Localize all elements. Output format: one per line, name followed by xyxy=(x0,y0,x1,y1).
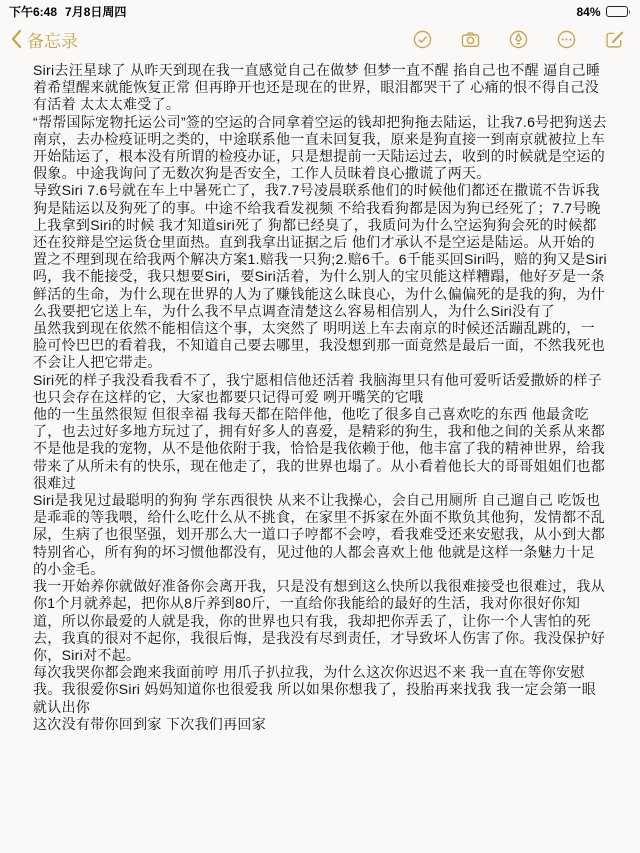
back-button-label: 备忘录 xyxy=(27,27,78,52)
status-bar: 下午6:48 7月8日周四 84% xyxy=(0,0,640,21)
status-battery-group: 84% xyxy=(576,5,630,19)
note-paragraph: 我一开始养你就做好准备你会离开我，只是没有想到这么快所以我很难接受也很难过，我从… xyxy=(33,578,607,664)
back-button[interactable]: 备忘录 xyxy=(10,27,78,52)
nav-bar: 备忘录 xyxy=(0,21,640,57)
note-paragraph: “帮帮国际宠物托运公司”签的空运的合同拿着空运的钱却把狗拖去陆运，让我7.6号把… xyxy=(33,114,607,183)
note-paragraph: Siri死的样子我没看我看不了，我宁愿相信他还活着 我脑海里只有他可爱听话爱撒娇… xyxy=(33,372,607,406)
more-icon[interactable] xyxy=(556,29,577,50)
status-date: 7月8日周四 xyxy=(65,3,126,20)
camera-icon[interactable] xyxy=(460,29,481,50)
compose-icon[interactable] xyxy=(604,29,625,50)
status-time: 下午6:48 xyxy=(9,3,57,20)
battery-icon xyxy=(606,6,631,17)
status-time-date: 下午6:48 7月8日周四 xyxy=(9,3,126,20)
note-paragraph: Siri去汪星球了 从昨天到现在我一直感觉自己在做梦 但梦一直不醒 掐自己也不醒… xyxy=(33,62,607,114)
note-paragraph: 这次没有带你回到家 下次我们再回家 xyxy=(33,716,607,733)
note-paragraph: 导致Siri 7.6号就在车上中暑死亡了，我7.7号凌晨联系他们的时候他们都还在… xyxy=(33,182,607,320)
note-paragraph: 每次我哭你都会跑来我面前哼 用爪子扒拉我，为什么这次你迟迟不来 我一直在等你安慰… xyxy=(33,664,607,716)
markup-icon[interactable] xyxy=(508,29,529,50)
note-editor[interactable]: Siri去汪星球了 从昨天到现在我一直感觉自己在做梦 但梦一直不醒 掐自己也不醒… xyxy=(0,57,640,733)
chevron-left-icon xyxy=(10,29,22,49)
note-paragraph: Siri是我见过最聪明的狗狗 学东西很快 从来不让我操心，会自己用厕所 自己遛自… xyxy=(33,492,607,578)
note-paragraph: 他的一生虽然很短 但很幸福 我每天都在陪伴他，他吃了很多自己喜欢吃的东西 他最贪… xyxy=(33,406,607,492)
battery-percent: 84% xyxy=(576,5,600,19)
toolbar xyxy=(412,29,625,50)
checklist-icon[interactable] xyxy=(412,29,433,50)
note-paragraph: 虽然我到现在依然不能相信这个事，太突然了 明明送上车去南京的时候还活蹦乱跳的，一… xyxy=(33,320,607,372)
